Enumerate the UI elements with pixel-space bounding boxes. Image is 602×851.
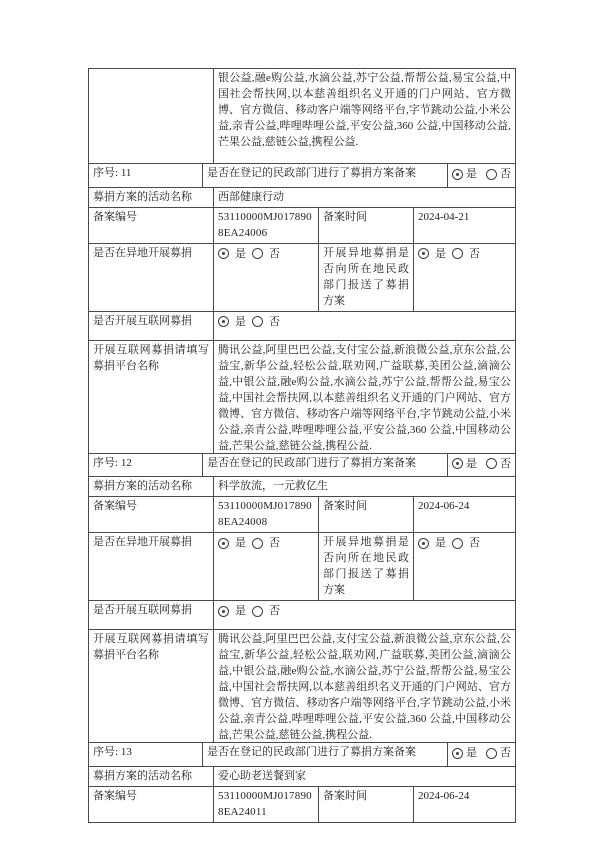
- radio-no-label: 否: [500, 166, 511, 182]
- radio-yes-label: 是: [435, 535, 446, 551]
- serial-value: 13: [121, 746, 132, 758]
- filing-number-value: 53110000MJ0178908EA24008: [214, 497, 319, 533]
- filing-number-label: 备案编号: [89, 787, 214, 823]
- serial-value: 12: [121, 457, 132, 469]
- radio-unselected-icon[interactable]: [252, 606, 263, 617]
- yes-no-radio-group: 是否: [452, 456, 511, 472]
- record-11-internet-row: 是否开展互联网募捐 是否: [89, 312, 516, 341]
- activity-name-value: 爱心助老送餐到家: [214, 767, 516, 787]
- activity-name-value: 西部健康行动: [214, 188, 516, 208]
- record-12-internet-row: 是否开展互联网募捐 是否: [89, 601, 516, 630]
- filing-question-answer: 是否: [448, 164, 516, 188]
- record-13-filing-row: 备案编号 53110000MJ0178908EA24011 备案时间 2024-…: [89, 787, 516, 823]
- empty-label-cell: [89, 69, 214, 164]
- radio-selected-icon[interactable]: [452, 458, 463, 469]
- record-12-platform-row: 开展互联网募捐请填写募捐平台名称 腾讯公益,阿里巴巴公益,支付宝公益,新浪微公益…: [89, 630, 516, 743]
- radio-unselected-icon[interactable]: [252, 316, 263, 327]
- document-page: 银公益,融e购公益,水滴公益,苏宁公益,帮帮公益,易宝公益,中国社会帮扶网,以本…: [0, 0, 602, 851]
- filing-time-label: 备案时间: [319, 497, 414, 533]
- yes-no-radio-group: 是否: [218, 314, 280, 330]
- filing-number-label: 备案编号: [89, 208, 214, 244]
- radio-yes-label: 是: [466, 745, 477, 761]
- record-12-filing-row: 备案编号 53110000MJ0178908EA24008 备案时间 2024-…: [89, 497, 516, 533]
- record-11-activity-row: 募捐方案的活动名称 西部健康行动: [89, 188, 516, 208]
- filing-question-answer: 是否: [448, 454, 516, 478]
- serial-prefix: 序号:: [93, 746, 121, 758]
- filing-question-label: 是否在登记的民政部门进行了募捐方案备案: [203, 164, 448, 188]
- filing-question-label: 是否在登记的民政部门进行了募捐方案备案: [203, 454, 448, 478]
- platform-continuation-row: 银公益,融e购公益,水滴公益,苏宁公益,帮帮公益,易宝公益,中国社会帮扶网,以本…: [89, 69, 516, 164]
- record-13-activity-row: 募捐方案的活动名称 爱心助老送餐到家: [89, 767, 516, 787]
- filing-time-label: 备案时间: [319, 787, 414, 823]
- internet-question-label: 是否开展互联网募捐: [89, 601, 214, 630]
- internet-answer: 是否: [214, 312, 516, 341]
- filing-time-value: 2024-04-21: [414, 208, 516, 244]
- serial-value: 11: [121, 167, 132, 179]
- fundraising-filing-table: 银公益,融e购公益,水滴公益,苏宁公益,帮帮公益,易宝公益,中国社会帮扶网,以本…: [88, 68, 516, 823]
- radio-unselected-icon[interactable]: [452, 248, 463, 259]
- platform-list-text: 腾讯公益,阿里巴巴公益,支付宝公益,新浪微公益,京东公益,公益宝,新华公益,轻松…: [214, 341, 516, 454]
- filing-time-value: 2024-06-24: [414, 787, 516, 823]
- radio-no-label: 否: [269, 535, 280, 551]
- filing-number-label: 备案编号: [89, 497, 214, 533]
- radio-unselected-icon[interactable]: [486, 169, 497, 180]
- radio-selected-icon[interactable]: [452, 748, 463, 759]
- radio-no-label: 否: [269, 314, 280, 330]
- radio-selected-icon[interactable]: [218, 316, 229, 327]
- activity-name-label: 募捐方案的活动名称: [89, 188, 214, 208]
- offsite-report-question-label: 开展异地募捐是否向所在地民政部门报送了募捐方案: [319, 533, 414, 601]
- platform-label: 开展互联网募捐请填写募捐平台名称: [89, 630, 214, 743]
- yes-no-radio-group: 是否: [452, 166, 511, 182]
- filing-time-label: 备案时间: [319, 208, 414, 244]
- offsite-answer: 是否: [214, 533, 319, 601]
- offsite-report-answer: 是否: [414, 533, 516, 601]
- radio-no-label: 否: [269, 246, 280, 262]
- internet-question-label: 是否开展互联网募捐: [89, 312, 214, 341]
- yes-no-radio-group: 是否: [218, 603, 280, 619]
- activity-name-label: 募捐方案的活动名称: [89, 477, 214, 497]
- serial-prefix: 序号:: [93, 457, 121, 469]
- yes-no-radio-group: 是否: [218, 246, 280, 262]
- record-11-platform-row: 开展互联网募捐请填写募捐平台名称 腾讯公益,阿里巴巴公益,支付宝公益,新浪微公益…: [89, 341, 516, 454]
- filing-time-value: 2024-06-24: [414, 497, 516, 533]
- record-12-serial-row: 序号: 12 是否在登记的民政部门进行了募捐方案备案 是否: [89, 454, 516, 478]
- record-13-serial-row: 序号: 13 是否在登记的民政部门进行了募捐方案备案 是否: [89, 743, 516, 767]
- radio-selected-icon[interactable]: [218, 538, 229, 549]
- yes-no-radio-group: 是否: [452, 745, 511, 761]
- radio-unselected-icon[interactable]: [252, 538, 263, 549]
- filing-number-value: 53110000MJ0178908EA24006: [214, 208, 319, 244]
- offsite-question-label: 是否在异地开展募捐: [89, 533, 214, 601]
- offsite-report-answer: 是否: [414, 244, 516, 312]
- radio-selected-icon[interactable]: [218, 606, 229, 617]
- offsite-answer: 是否: [214, 244, 319, 312]
- radio-no-label: 否: [469, 535, 480, 551]
- record-11-offsite-row: 是否在异地开展募捐 是否 开展异地募捐是否向所在地民政部门报送了募捐方案 是否: [89, 244, 516, 312]
- radio-yes-label: 是: [435, 246, 446, 262]
- activity-name-label: 募捐方案的活动名称: [89, 767, 214, 787]
- radio-yes-label: 是: [235, 535, 246, 551]
- offsite-question-label: 是否在异地开展募捐: [89, 244, 214, 312]
- filing-question-answer: 是否: [448, 743, 516, 767]
- yes-no-radio-group: 是否: [418, 535, 480, 551]
- platform-label: 开展互联网募捐请填写募捐平台名称: [89, 341, 214, 454]
- offsite-report-question-label: 开展异地募捐是否向所在地民政部门报送了募捐方案: [319, 244, 414, 312]
- radio-selected-icon[interactable]: [218, 248, 229, 259]
- radio-unselected-icon[interactable]: [486, 458, 497, 469]
- serial-prefix: 序号:: [93, 167, 121, 179]
- internet-answer: 是否: [214, 601, 516, 630]
- radio-no-label: 否: [269, 603, 280, 619]
- record-11-filing-row: 备案编号 53110000MJ0178908EA24006 备案时间 2024-…: [89, 208, 516, 244]
- radio-yes-label: 是: [466, 456, 477, 472]
- radio-selected-icon[interactable]: [452, 169, 463, 180]
- radio-unselected-icon[interactable]: [486, 748, 497, 759]
- radio-unselected-icon[interactable]: [452, 538, 463, 549]
- record-12-offsite-row: 是否在异地开展募捐 是否 开展异地募捐是否向所在地民政部门报送了募捐方案 是否: [89, 533, 516, 601]
- serial-cell: 序号: 12: [89, 454, 203, 478]
- serial-cell: 序号: 13: [89, 743, 203, 767]
- record-11-serial-row: 序号: 11 是否在登记的民政部门进行了募捐方案备案 是否: [89, 164, 516, 188]
- radio-yes-label: 是: [235, 314, 246, 330]
- platform-list-text: 腾讯公益,阿里巴巴公益,支付宝公益,新浪微公益,京东公益,公益宝,新华公益,轻松…: [214, 630, 516, 743]
- filing-number-value: 53110000MJ0178908EA24011: [214, 787, 319, 823]
- radio-yes-label: 是: [235, 603, 246, 619]
- radio-yes-label: 是: [466, 166, 477, 182]
- filing-question-label: 是否在登记的民政部门进行了募捐方案备案: [203, 743, 448, 767]
- radio-selected-icon[interactable]: [418, 248, 429, 259]
- activity-name-value: 科学放流，一元救亿生: [214, 477, 516, 497]
- radio-yes-label: 是: [235, 246, 246, 262]
- yes-no-radio-group: 是否: [218, 535, 280, 551]
- record-12-activity-row: 募捐方案的活动名称 科学放流，一元救亿生: [89, 477, 516, 497]
- radio-no-label: 否: [500, 456, 511, 472]
- radio-no-label: 否: [500, 745, 511, 761]
- radio-selected-icon[interactable]: [418, 538, 429, 549]
- platform-continuation-text: 银公益,融e购公益,水滴公益,苏宁公益,帮帮公益,易宝公益,中国社会帮扶网,以本…: [214, 69, 516, 164]
- yes-no-radio-group: 是否: [418, 246, 480, 262]
- serial-cell: 序号: 11: [89, 164, 203, 188]
- radio-unselected-icon[interactable]: [252, 248, 263, 259]
- radio-no-label: 否: [469, 246, 480, 262]
